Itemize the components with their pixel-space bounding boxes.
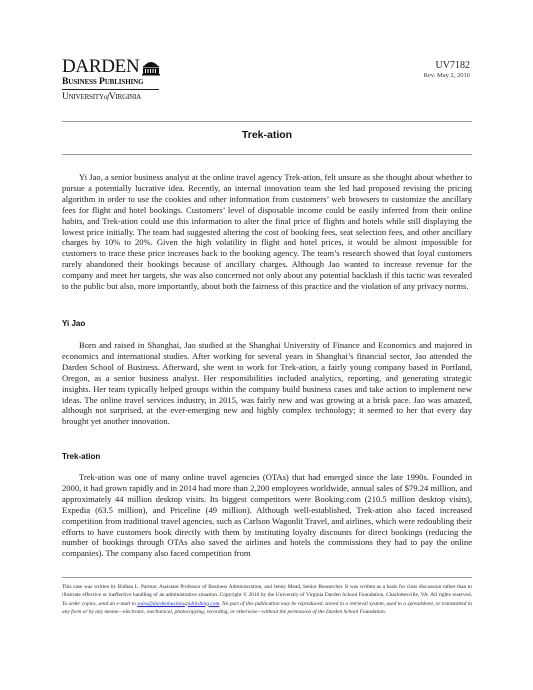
case-meta: UV7182 Rev. May 2, 2016	[424, 60, 470, 80]
copyright-footnote: This case was written by Bidhan L. Parma…	[62, 583, 472, 616]
revision-date: Rev. May 2, 2016	[424, 71, 470, 80]
intro-paragraph: Yi Jao, a senior business analyst at the…	[62, 172, 472, 292]
logo-darden-text: DARDEN	[62, 58, 139, 76]
section-paragraph-yi-jao: Born and raised in Shanghai, Jao studied…	[62, 340, 472, 427]
logo-university-text: University	[62, 92, 104, 102]
section-heading-yi-jao: Yi Jao	[62, 319, 85, 329]
logo-university-of-virginia: UniversityofVirginia	[62, 91, 172, 103]
section-heading-trek-ation: Trek-ation	[62, 452, 100, 462]
document-title: Trek-ation	[62, 129, 472, 141]
footnote-rule	[62, 577, 472, 578]
darden-logo: DARDEN Business Publishing UniversityofV…	[62, 58, 172, 103]
logo-virginia-text: Virginia	[109, 92, 141, 102]
title-top-rule	[62, 121, 472, 122]
section-paragraph-trek-ation: Trek-ation was one of many online travel…	[62, 472, 472, 559]
title-bottom-rule	[62, 154, 472, 155]
footnote-order-text: To order copies, send an e-mail to	[62, 601, 137, 607]
case-id: UV7182	[424, 60, 470, 71]
sales-email-link[interactable]: sales@dardenbusinesspublishing.com	[137, 601, 219, 607]
rotunda-dome-icon	[141, 59, 161, 76]
logo-business-publishing: Business Publishing	[62, 77, 159, 90]
footnote-authorship-text: This case was written by Bidhan L. Parma…	[62, 584, 472, 598]
logo-top-row: DARDEN	[62, 58, 172, 76]
document-page: DARDEN Business Publishing UniversityofV…	[0, 0, 533, 690]
